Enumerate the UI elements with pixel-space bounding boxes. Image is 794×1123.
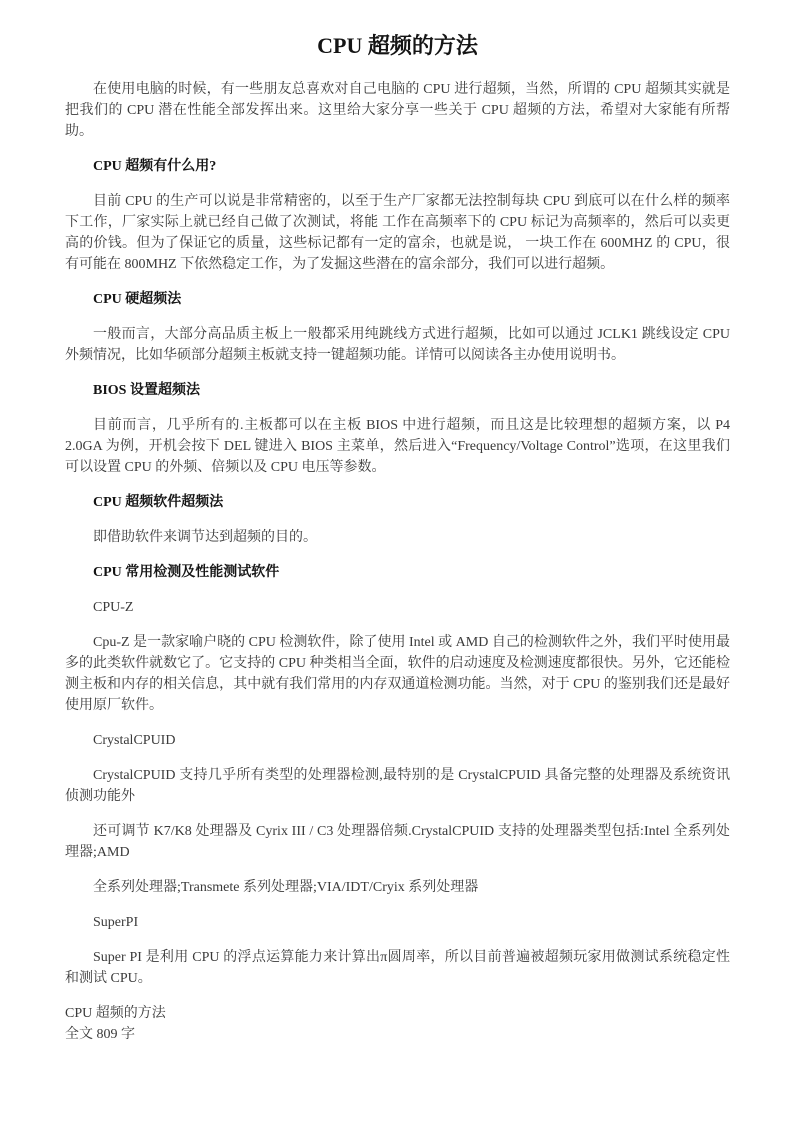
- footer-word-count: 全文 809 字: [65, 1024, 730, 1045]
- paragraph: 目前 CPU 的生产可以说是非常精密的，以至于生产厂家都无法控制每块 CPU 到…: [65, 191, 730, 275]
- document-title: CPU 超频的方法: [65, 32, 730, 59]
- paragraph: 全系列处理器;Transmete 系列处理器;VIA/IDT/Cryix 系列处…: [65, 877, 730, 898]
- paragraph: CPU-Z: [65, 597, 730, 618]
- paragraph: 在使用电脑的时候，有一些朋友总喜欢对自己电脑的 CPU 进行超频，当然，所谓的 …: [65, 79, 730, 142]
- document-footer: CPU 超频的方法 全文 809 字: [65, 1003, 730, 1045]
- paragraph: 一般而言，大部分高品质主板上一般都采用纯跳线方式进行超频，比如可以通过 JCLK…: [65, 324, 730, 366]
- document-body: 在使用电脑的时候，有一些朋友总喜欢对自己电脑的 CPU 进行超频，当然，所谓的 …: [65, 79, 730, 989]
- document-page: CPU 超频的方法 在使用电脑的时候，有一些朋友总喜欢对自己电脑的 CPU 进行…: [0, 0, 794, 1123]
- section-heading: CPU 超频软件超频法: [65, 492, 730, 513]
- paragraph: SuperPI: [65, 912, 730, 933]
- paragraph: 即借助软件来调节达到超频的目的。: [65, 527, 730, 548]
- footer-title: CPU 超频的方法: [65, 1003, 730, 1024]
- paragraph: CrystalCPUID: [65, 730, 730, 751]
- paragraph: Super PI 是利用 CPU 的浮点运算能力来计算出π圆周率，所以目前普遍被…: [65, 947, 730, 989]
- paragraph: Cpu-Z 是一款家喻户晓的 CPU 检测软件，除了使用 Intel 或 AMD…: [65, 632, 730, 716]
- section-heading: CPU 常用检测及性能测试软件: [65, 562, 730, 583]
- section-heading: CPU 硬超频法: [65, 289, 730, 310]
- section-heading: BIOS 设置超频法: [65, 380, 730, 401]
- section-heading: CPU 超频有什么用?: [65, 156, 730, 177]
- paragraph: 目前而言，几乎所有的.主板都可以在主板 BIOS 中进行超频，而且这是比较理想的…: [65, 415, 730, 478]
- paragraph: 还可调节 K7/K8 处理器及 Cyrix III / C3 处理器倍频.Cry…: [65, 821, 730, 863]
- paragraph: CrystalCPUID 支持几乎所有类型的处理器检测,最特别的是 Crysta…: [65, 765, 730, 807]
